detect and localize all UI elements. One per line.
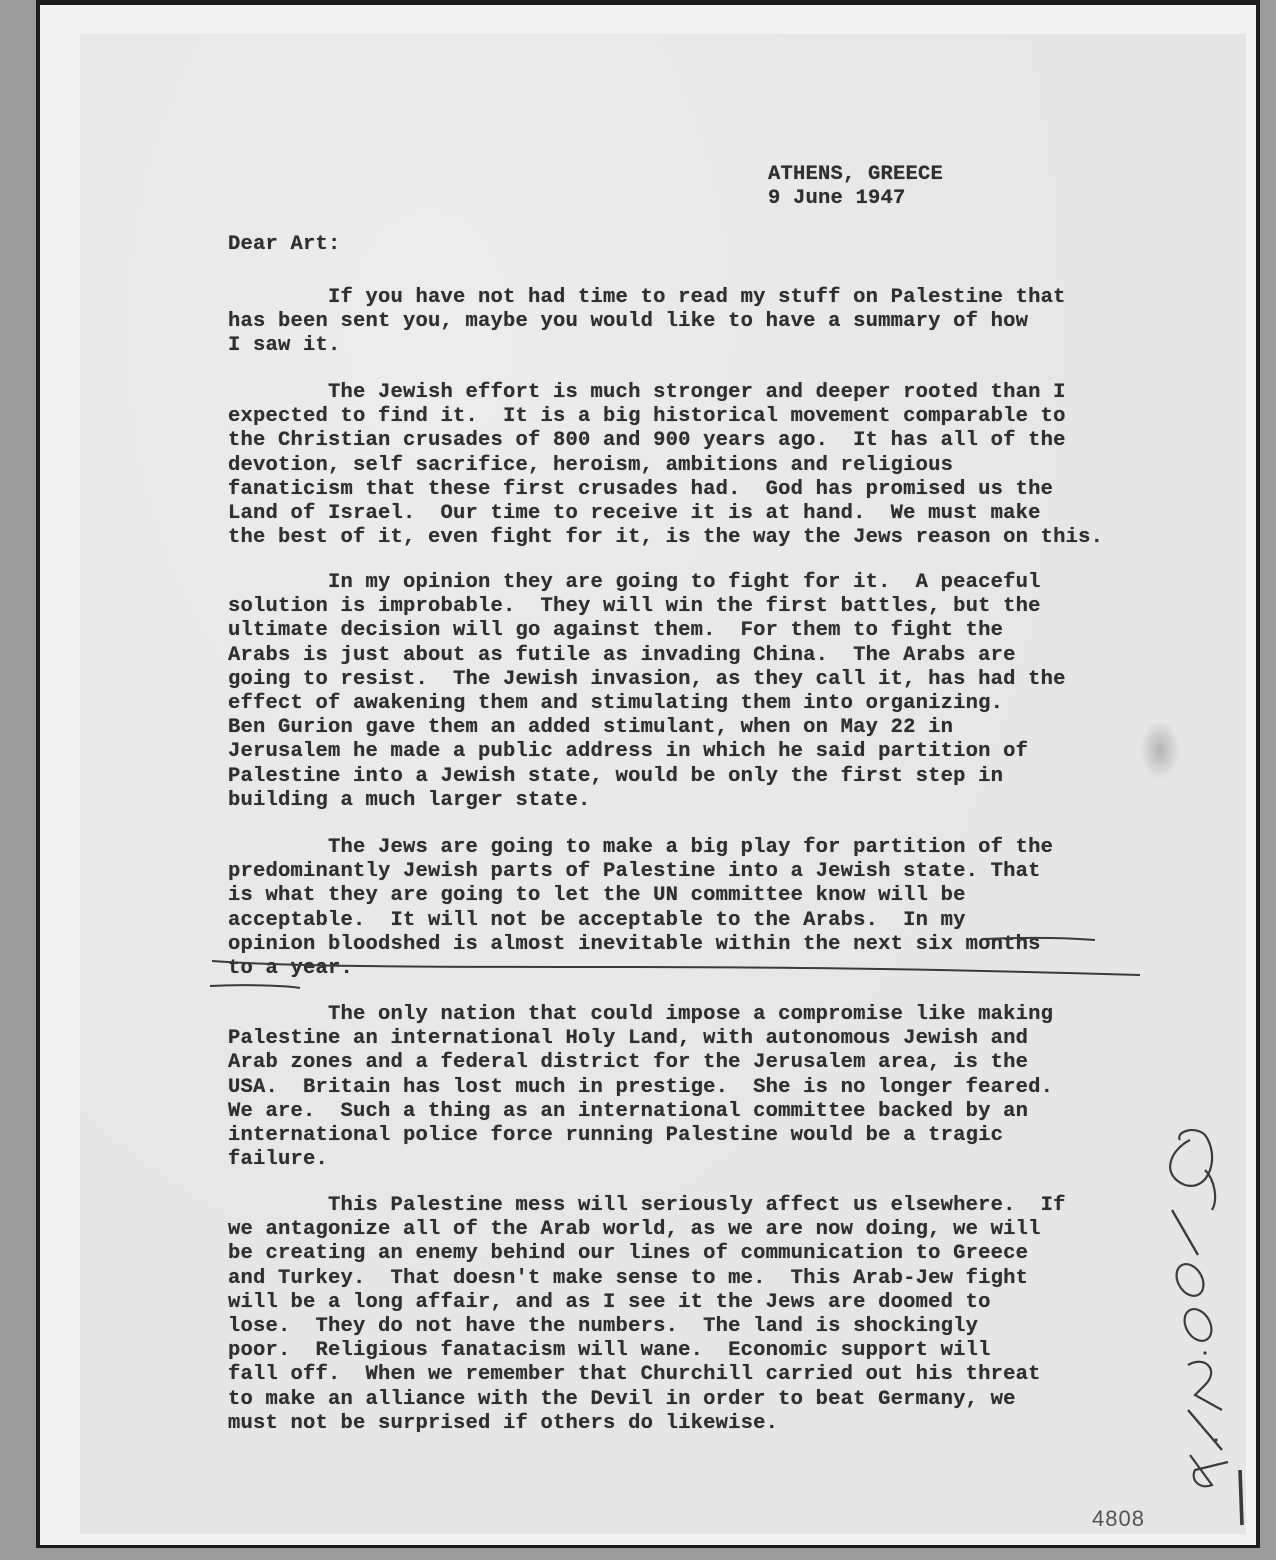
text-line: going to resist. The Jewish invasion, as… xyxy=(228,668,1066,692)
text-line: and Turkey. That doesn't make sense to m… xyxy=(228,1267,1066,1291)
text-line: has been sent you, maybe you would like … xyxy=(228,310,1066,334)
text-line: acceptable. It will not be acceptable to… xyxy=(228,909,1053,933)
text-line: we antagonize all of the Arab world, as … xyxy=(228,1218,1066,1242)
text-line: effect of awakening them and stimulating… xyxy=(228,692,1066,716)
text-line: Palestine into a Jewish state, would be … xyxy=(228,765,1066,789)
text-line: This Palestine mess will seriously affec… xyxy=(228,1194,1066,1218)
paragraph-5: The only nation that could impose a comp… xyxy=(228,1003,1053,1172)
text-line: is what they are going to let the UN com… xyxy=(228,884,1053,908)
text-line: Palestine an international Holy Land, wi… xyxy=(228,1027,1053,1051)
text-line: building a much larger state. xyxy=(228,789,1066,813)
text-line: I saw it. xyxy=(228,334,1066,358)
text-line: opinion bloodshed is almost inevitable w… xyxy=(228,933,1053,957)
text-line: fanaticism that these first crusades had… xyxy=(228,478,1103,502)
text-line: will be a long affair, and as I see it t… xyxy=(228,1291,1066,1315)
text-line: ultimate decision will go against them. … xyxy=(228,619,1066,643)
paragraph-4: The Jews are going to make a big play fo… xyxy=(228,836,1053,981)
letter-heading: ATHENS, GREECE9 June 1947 xyxy=(768,163,943,211)
salutation: Dear Art: xyxy=(228,233,341,257)
text-line: poor. Religious fanatacism will wane. Ec… xyxy=(228,1339,1066,1363)
text-line: The Jews are going to make a big play fo… xyxy=(228,836,1053,860)
location-line: ATHENS, GREECE xyxy=(768,163,943,187)
text-line: Arab zones and a federal district for th… xyxy=(228,1051,1053,1075)
text-line: to make an alliance with the Devil in or… xyxy=(228,1388,1066,1412)
paragraph-1: If you have not had time to read my stuf… xyxy=(228,286,1066,359)
text-line: lose. They do not have the numbers. The … xyxy=(228,1315,1066,1339)
text-line: Land of Israel. Our time to receive it i… xyxy=(228,502,1103,526)
text-line: failure. xyxy=(228,1148,1053,1172)
text-line: the Christian crusades of 800 and 900 ye… xyxy=(228,429,1103,453)
text-line: solution is improbable. They will win th… xyxy=(228,595,1066,619)
text-line: In my opinion they are going to fight fo… xyxy=(228,571,1066,595)
text-line: to a year. xyxy=(228,957,1053,981)
text-line: USA. Britain has lost much in prestige. … xyxy=(228,1076,1053,1100)
text-line: fall off. When we remember that Churchil… xyxy=(228,1363,1066,1387)
text-line: The Jewish effort is much stronger and d… xyxy=(228,381,1103,405)
paragraph-6: This Palestine mess will seriously affec… xyxy=(228,1194,1066,1436)
text-line: international police force running Pales… xyxy=(228,1124,1053,1148)
paragraph-3: In my opinion they are going to fight fo… xyxy=(228,571,1066,813)
text-line: the best of it, even fight for it, is th… xyxy=(228,526,1103,550)
text-line: Jerusalem he made a public address in wh… xyxy=(228,740,1066,764)
text-line: If you have not had time to read my stuf… xyxy=(228,286,1066,310)
text-line: We are. Such a thing as an international… xyxy=(228,1100,1053,1124)
archive-stamp-number: 4808 xyxy=(1092,1506,1145,1532)
text-line: must not be surprised if others do likew… xyxy=(228,1412,1066,1436)
margin-handwritten-annotation xyxy=(1150,1110,1260,1530)
text-line: expected to find it. It is a big histori… xyxy=(228,405,1103,429)
text-line: be creating an enemy behind our lines of… xyxy=(228,1242,1066,1266)
text-line: Ben Gurion gave them an added stimulant,… xyxy=(228,716,1066,740)
ink-smudge xyxy=(1140,720,1180,780)
paragraph-2: The Jewish effort is much stronger and d… xyxy=(228,381,1103,550)
text-line: devotion, self sacrifice, heroism, ambit… xyxy=(228,454,1103,478)
date-line: 9 June 1947 xyxy=(768,187,943,211)
text-line: The only nation that could impose a comp… xyxy=(228,1003,1053,1027)
text-line: predominantly Jewish parts of Palestine … xyxy=(228,860,1053,884)
text-line: Arabs is just about as futile as invadin… xyxy=(228,644,1066,668)
